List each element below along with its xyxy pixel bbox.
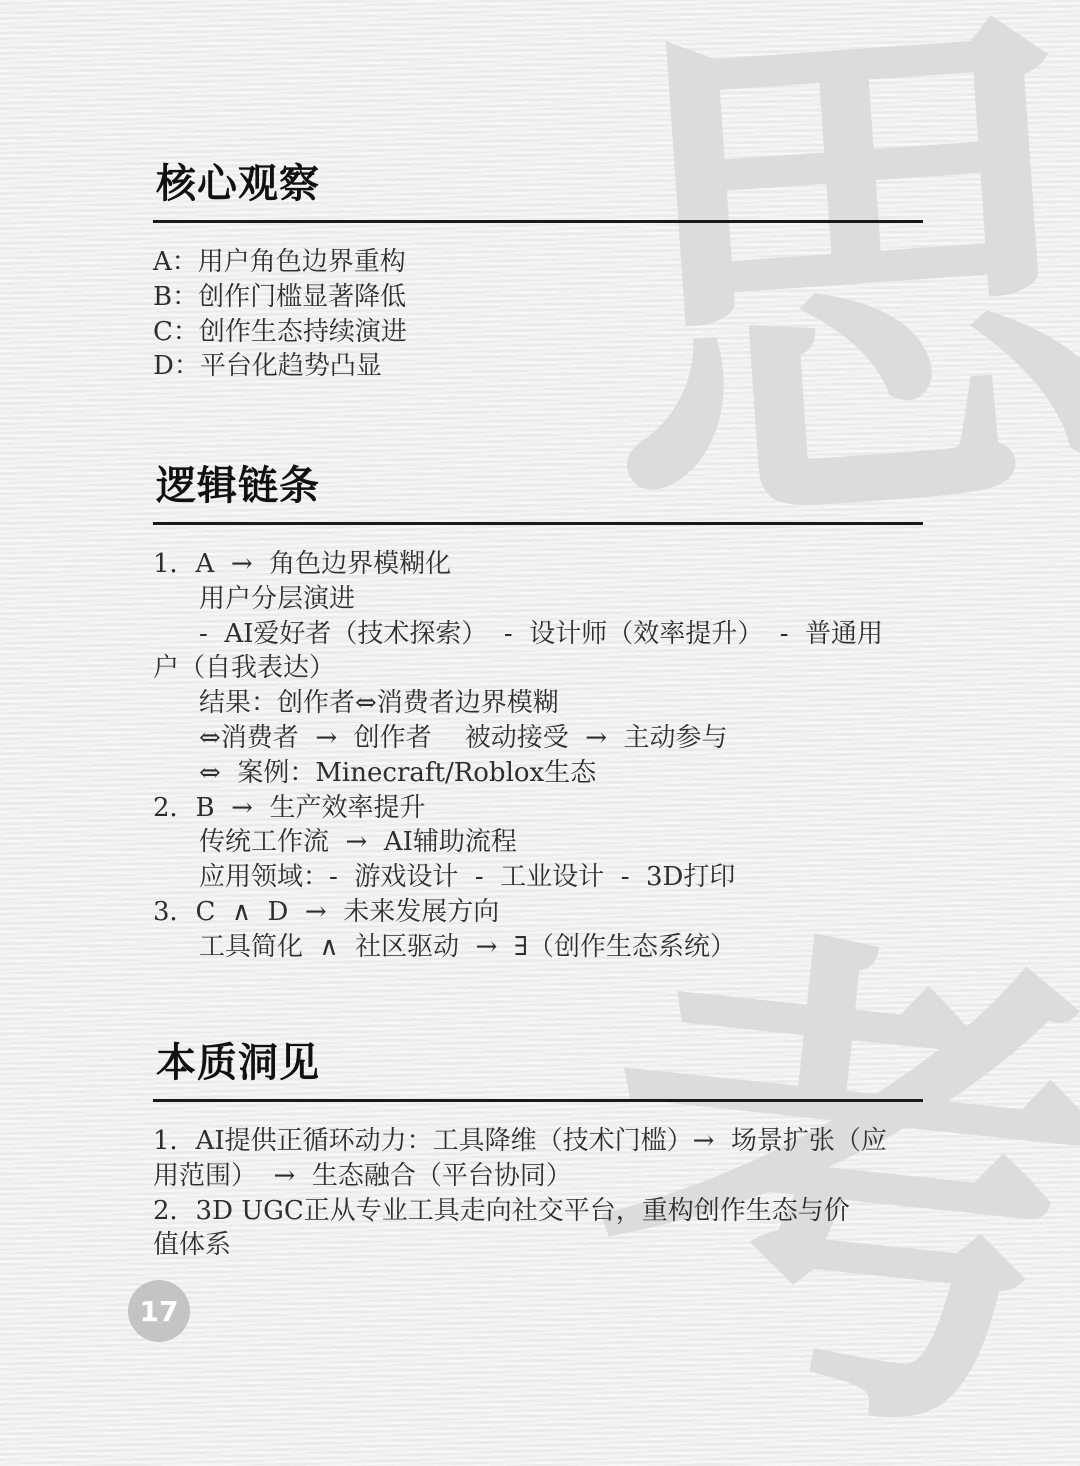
logic-line: - AI爱好者（技术探索） - 设计师（效率提升） - 普通用 [153,617,923,652]
section-divider [153,1099,923,1102]
section-title: 核心观察 [153,156,923,212]
observation-d: D：平台化趋势凸显 [153,349,923,384]
logic-item-1: 1．A → 角色边界模糊化 [153,547,923,582]
section-body: 1．AI提供正循环动力：工具降维（技术门槛）→ 场景扩张（应 用范围） → 生态… [153,1124,923,1263]
section-divider [153,220,923,223]
observation-a: A：用户角色边界重构 [153,245,923,280]
logic-line: 户（自我表达） [153,651,923,686]
section-title: 本质洞见 [153,1035,923,1091]
logic-item-3: 3．C ∧ D → 未来发展方向 [153,895,923,930]
logic-line: 应用领域：- 游戏设计 - 工业设计 - 3D打印 [153,860,923,895]
section-essential-insights: 本质洞见 1．AI提供正循环动力：工具降维（技术门槛）→ 场景扩张（应 用范围）… [153,1035,923,1263]
section-core-observations: 核心观察 A：用户角色边界重构 B：创作门槛显著降低 C：创作生态持续演进 D：… [153,156,923,384]
logic-line: 结果：创作者⇔消费者边界模糊 [153,686,923,721]
logic-line: 用户分层演进 [153,582,923,617]
observation-b: B：创作门槛显著降低 [153,280,923,315]
section-body: A：用户角色边界重构 B：创作门槛显著降低 C：创作生态持续演进 D：平台化趋势… [153,245,923,384]
logic-line: ⇔ 案例：Minecraft/Roblox生态 [153,756,923,791]
logic-line: 工具简化 ∧ 社区驱动 → ∃（创作生态系统） [153,930,923,965]
insight-line: 值体系 [153,1228,923,1263]
section-title: 逻辑链条 [153,458,923,514]
observation-c: C：创作生态持续演进 [153,315,923,350]
insight-line: 用范围） → 生态融合（平台协同） [153,1159,923,1194]
section-divider [153,522,923,525]
page-number-badge: 17 [128,1280,190,1342]
insight-line: 2．3D UGC正从专业工具走向社交平台，重构创作生态与价 [153,1194,923,1229]
logic-item-2: 2．B → 生产效率提升 [153,791,923,826]
section-logic-chain: 逻辑链条 1．A → 角色边界模糊化 用户分层演进 - AI爱好者（技术探索） … [153,458,923,965]
insight-line: 1．AI提供正循环动力：工具降维（技术门槛）→ 场景扩张（应 [153,1124,923,1159]
logic-line: 传统工作流 → AI辅助流程 [153,825,923,860]
logic-line: ⇔消费者 → 创作者 被动接受 → 主动参与 [153,721,923,756]
section-body: 1．A → 角色边界模糊化 用户分层演进 - AI爱好者（技术探索） - 设计师… [153,547,923,965]
